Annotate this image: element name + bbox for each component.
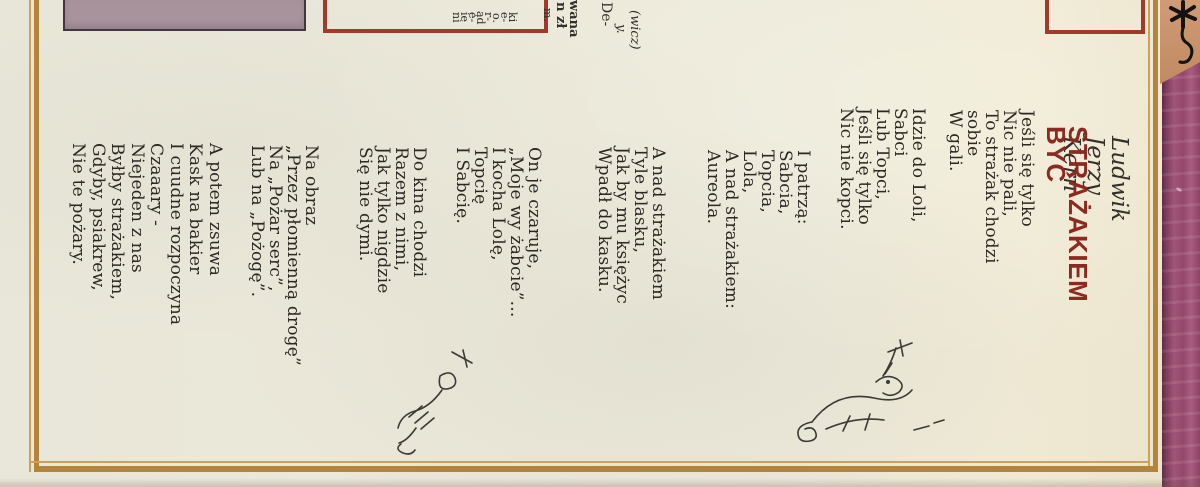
poem-stanza-6: Do kina chodzi Razem z nimi, Jak tylko n… bbox=[356, 147, 428, 293]
text-fragment: wana bbox=[568, 0, 579, 38]
poem-stanza-4: A nad strażakiem Tyle blasku, Jak by mu … bbox=[595, 147, 667, 304]
gold-frame-bottom-thin bbox=[29, 461, 1150, 463]
mauve-box bbox=[63, 0, 306, 31]
text-fragment: n zł bbox=[555, 2, 566, 28]
scanned-magazine-page: ki e- o. r- ąd e- ie ni m. n zł wana De-… bbox=[0, 0, 1200, 487]
fireman-sketch bbox=[390, 346, 488, 464]
poem-stanza-1: Jeśli się tylko Nic nie pali, To strażak… bbox=[946, 110, 1036, 274]
gold-frame-left-thin bbox=[29, 0, 31, 472]
poem-stanza-8: A potem zsuwa Kask na bakier I cuudne ro… bbox=[68, 143, 224, 325]
text-fragment: De- bbox=[600, 2, 611, 26]
dragon-sketch bbox=[788, 332, 963, 452]
poem-stanza-7: Na obraz „Przez płomienną drogę” Na „Poż… bbox=[248, 145, 320, 366]
red-corner-frame bbox=[1045, 0, 1145, 34]
poem-stanza-3: I patrzą: Sabcia, Topcia, Lola, A nad st… bbox=[704, 150, 812, 309]
text-fragment: m. bbox=[542, 8, 553, 22]
gold-frame-bottom-thick bbox=[34, 466, 1158, 472]
text-fragment: (wicz) bbox=[629, 10, 640, 50]
page-edge-shadow bbox=[0, 478, 1200, 487]
text-fragment: ni bbox=[451, 12, 462, 23]
corner-ornament-icon bbox=[1167, 0, 1199, 66]
gold-frame-left-thick bbox=[34, 0, 39, 472]
poem-stanza-2: Idzie do Loli, Sabci Lub Topci, Jeśli si… bbox=[837, 108, 927, 230]
poem-title: STRAŻAKIEM BYĆ bbox=[1045, 126, 1089, 302]
text-fragment: y. bbox=[615, 24, 626, 34]
gold-frame-right-thin bbox=[1148, 0, 1150, 470]
poem-stanza-5: On je czaruje, „Moje wy żabcie”... I koc… bbox=[453, 147, 543, 317]
gold-frame-right-thick bbox=[1153, 0, 1158, 470]
